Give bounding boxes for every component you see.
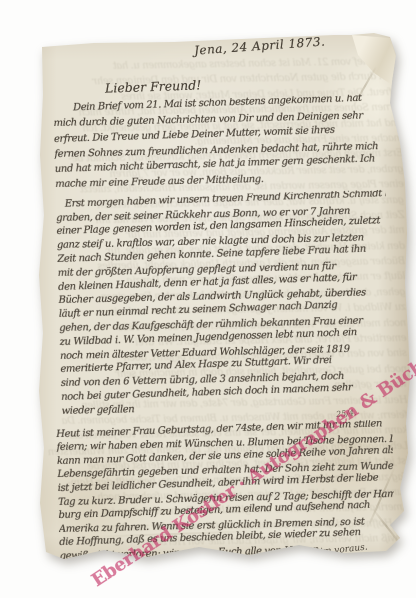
dateline: Jena, 24 April 1873. [194,34,326,57]
paragraph: Dein Brief vom 21. Mai ist schon bestens… [53,94,385,195]
photo-background: Dein Brief vom 21. Mai ist schon bestens… [0,0,416,598]
paragraph: Erst morgen haben wir unsern treuen Freu… [56,190,392,420]
